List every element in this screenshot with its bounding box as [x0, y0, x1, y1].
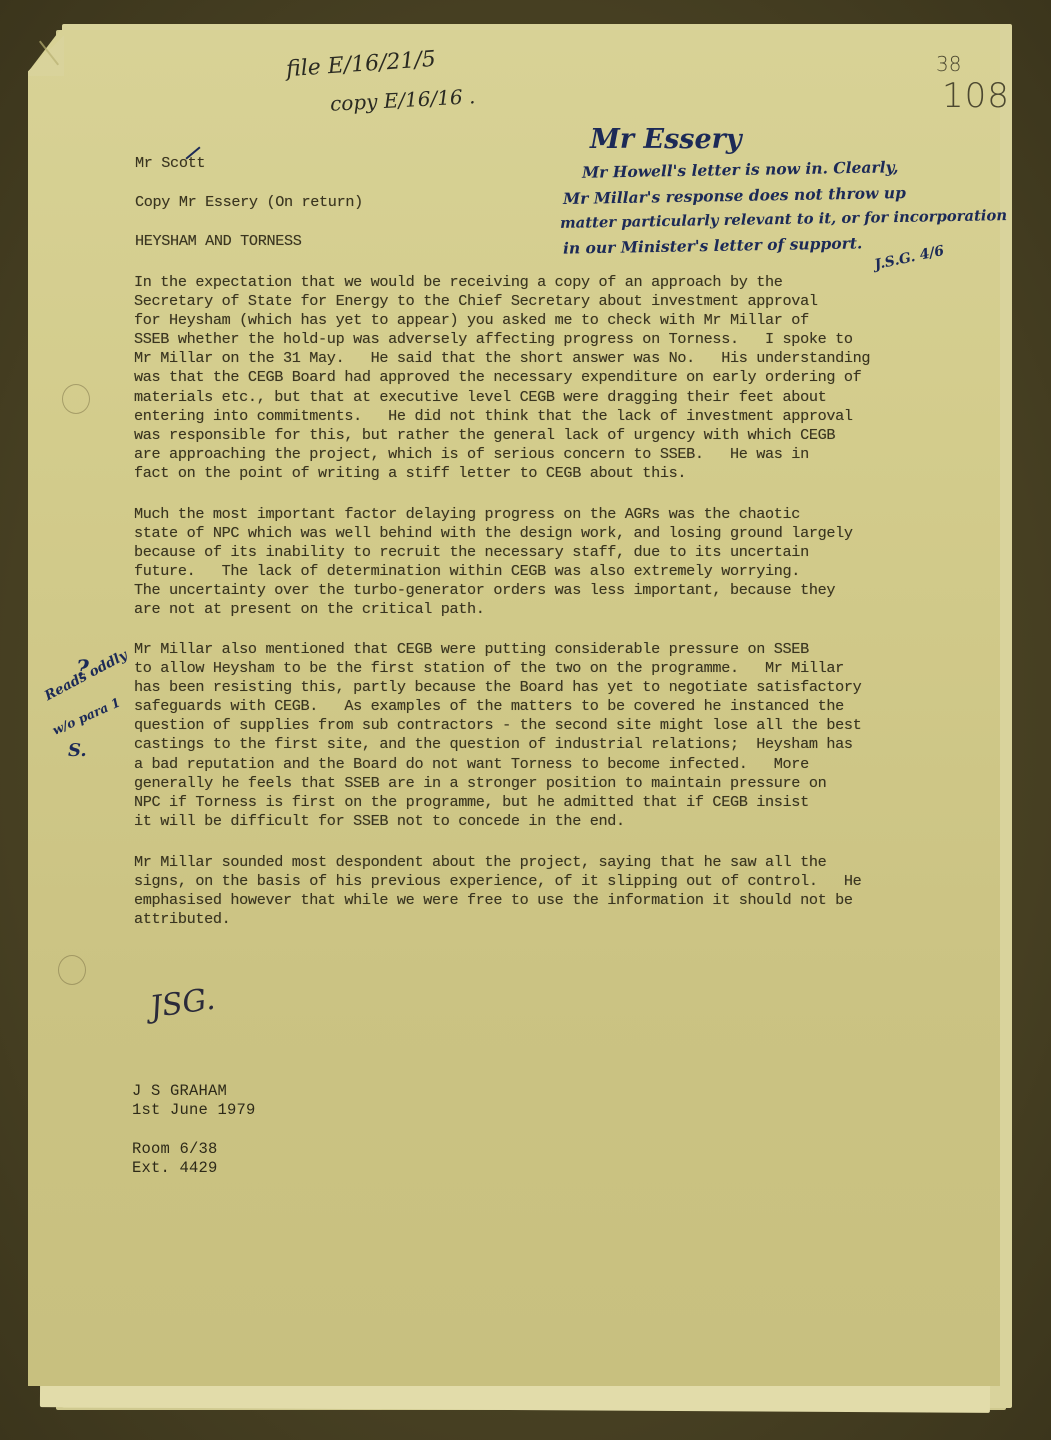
- text-line: question of supplies from sub contractor…: [134, 716, 861, 735]
- punch-hole: [62, 384, 90, 414]
- memo-subject: HEYSHAM AND TORNESS: [135, 232, 302, 251]
- text-line: entering into commitments. He did not th…: [134, 407, 870, 426]
- folded-corner: [28, 30, 64, 76]
- punch-hole: [58, 955, 86, 985]
- body-paragraph-4: Mr Millar sounded most despondent about …: [134, 853, 861, 929]
- text-line: Mr Millar on the 31 May. He said that th…: [134, 349, 870, 368]
- text-line: a bad reputation and the Board do not wa…: [134, 755, 861, 774]
- text-line: generally he feels that SSEB are in a st…: [134, 774, 861, 793]
- text-line: In the expectation that we would be rece…: [134, 273, 870, 292]
- text-line: state of NPC which was well behind with …: [134, 524, 853, 543]
- folio-number-small: 38: [936, 52, 961, 76]
- addressee-copy: Copy Mr Essery (On return): [135, 193, 363, 212]
- memo-date: 1st June 1979: [132, 1101, 256, 1121]
- addressee-to: Mr Scott: [135, 154, 205, 173]
- text-line: Much the most important factor delaying …: [134, 505, 853, 524]
- text-line: was that the CEGB Board had approved the…: [134, 368, 870, 387]
- text-line: materials etc., but that at executive le…: [134, 388, 870, 407]
- text-line: safeguards with CEGB. As examples of the…: [134, 697, 861, 716]
- folio-number-large: 108: [942, 76, 1010, 116]
- body-paragraph-1: In the expectation that we would be rece…: [134, 273, 870, 483]
- text-line: The uncertainty over the turbo-generator…: [134, 581, 853, 600]
- signatory-name: J S GRAHAM: [132, 1082, 227, 1102]
- text-line: are not at present on the critical path.: [134, 600, 853, 619]
- text-line: SSEB whether the hold-up was adversely a…: [134, 330, 870, 349]
- room-number: Room 6/38: [132, 1140, 218, 1160]
- text-line: for Heysham (which has yet to appear) yo…: [134, 311, 870, 330]
- text-line: to allow Heysham to be the first station…: [134, 659, 861, 678]
- text-line: was responsible for this, but rather the…: [134, 426, 870, 445]
- text-line: NPC if Torness is first on the programme…: [134, 793, 861, 812]
- text-line: Secretary of State for Energy to the Chi…: [134, 292, 870, 311]
- text-line: castings to the first site, and the ques…: [134, 735, 861, 754]
- text-line: Mr Millar also mentioned that CEGB were …: [134, 640, 861, 659]
- text-line: attributed.: [134, 910, 861, 929]
- text-line: Mr Millar sounded most despondent about …: [134, 853, 861, 872]
- margin-note-initial: S.: [68, 740, 87, 761]
- text-line: signs, on the basis of his previous expe…: [134, 872, 861, 891]
- text-line: because of its inability to recruit the …: [134, 543, 853, 562]
- text-line: are approaching the project, which is of…: [134, 445, 870, 464]
- text-line: fact on the point of writing a stiff let…: [134, 464, 870, 483]
- handwritten-note-heading: Mr Essery: [590, 124, 742, 155]
- text-line: emphasised however that while we were fr…: [134, 891, 861, 910]
- phone-extension: Ext. 4429: [132, 1159, 218, 1179]
- text-line: future. The lack of determination within…: [134, 562, 853, 581]
- text-line: has been resisting this, partly because …: [134, 678, 861, 697]
- text-line: it will be difficult for SSEB not to con…: [134, 812, 861, 831]
- body-paragraph-3: Mr Millar also mentioned that CEGB were …: [134, 640, 861, 831]
- body-paragraph-2: Much the most important factor delaying …: [134, 505, 853, 620]
